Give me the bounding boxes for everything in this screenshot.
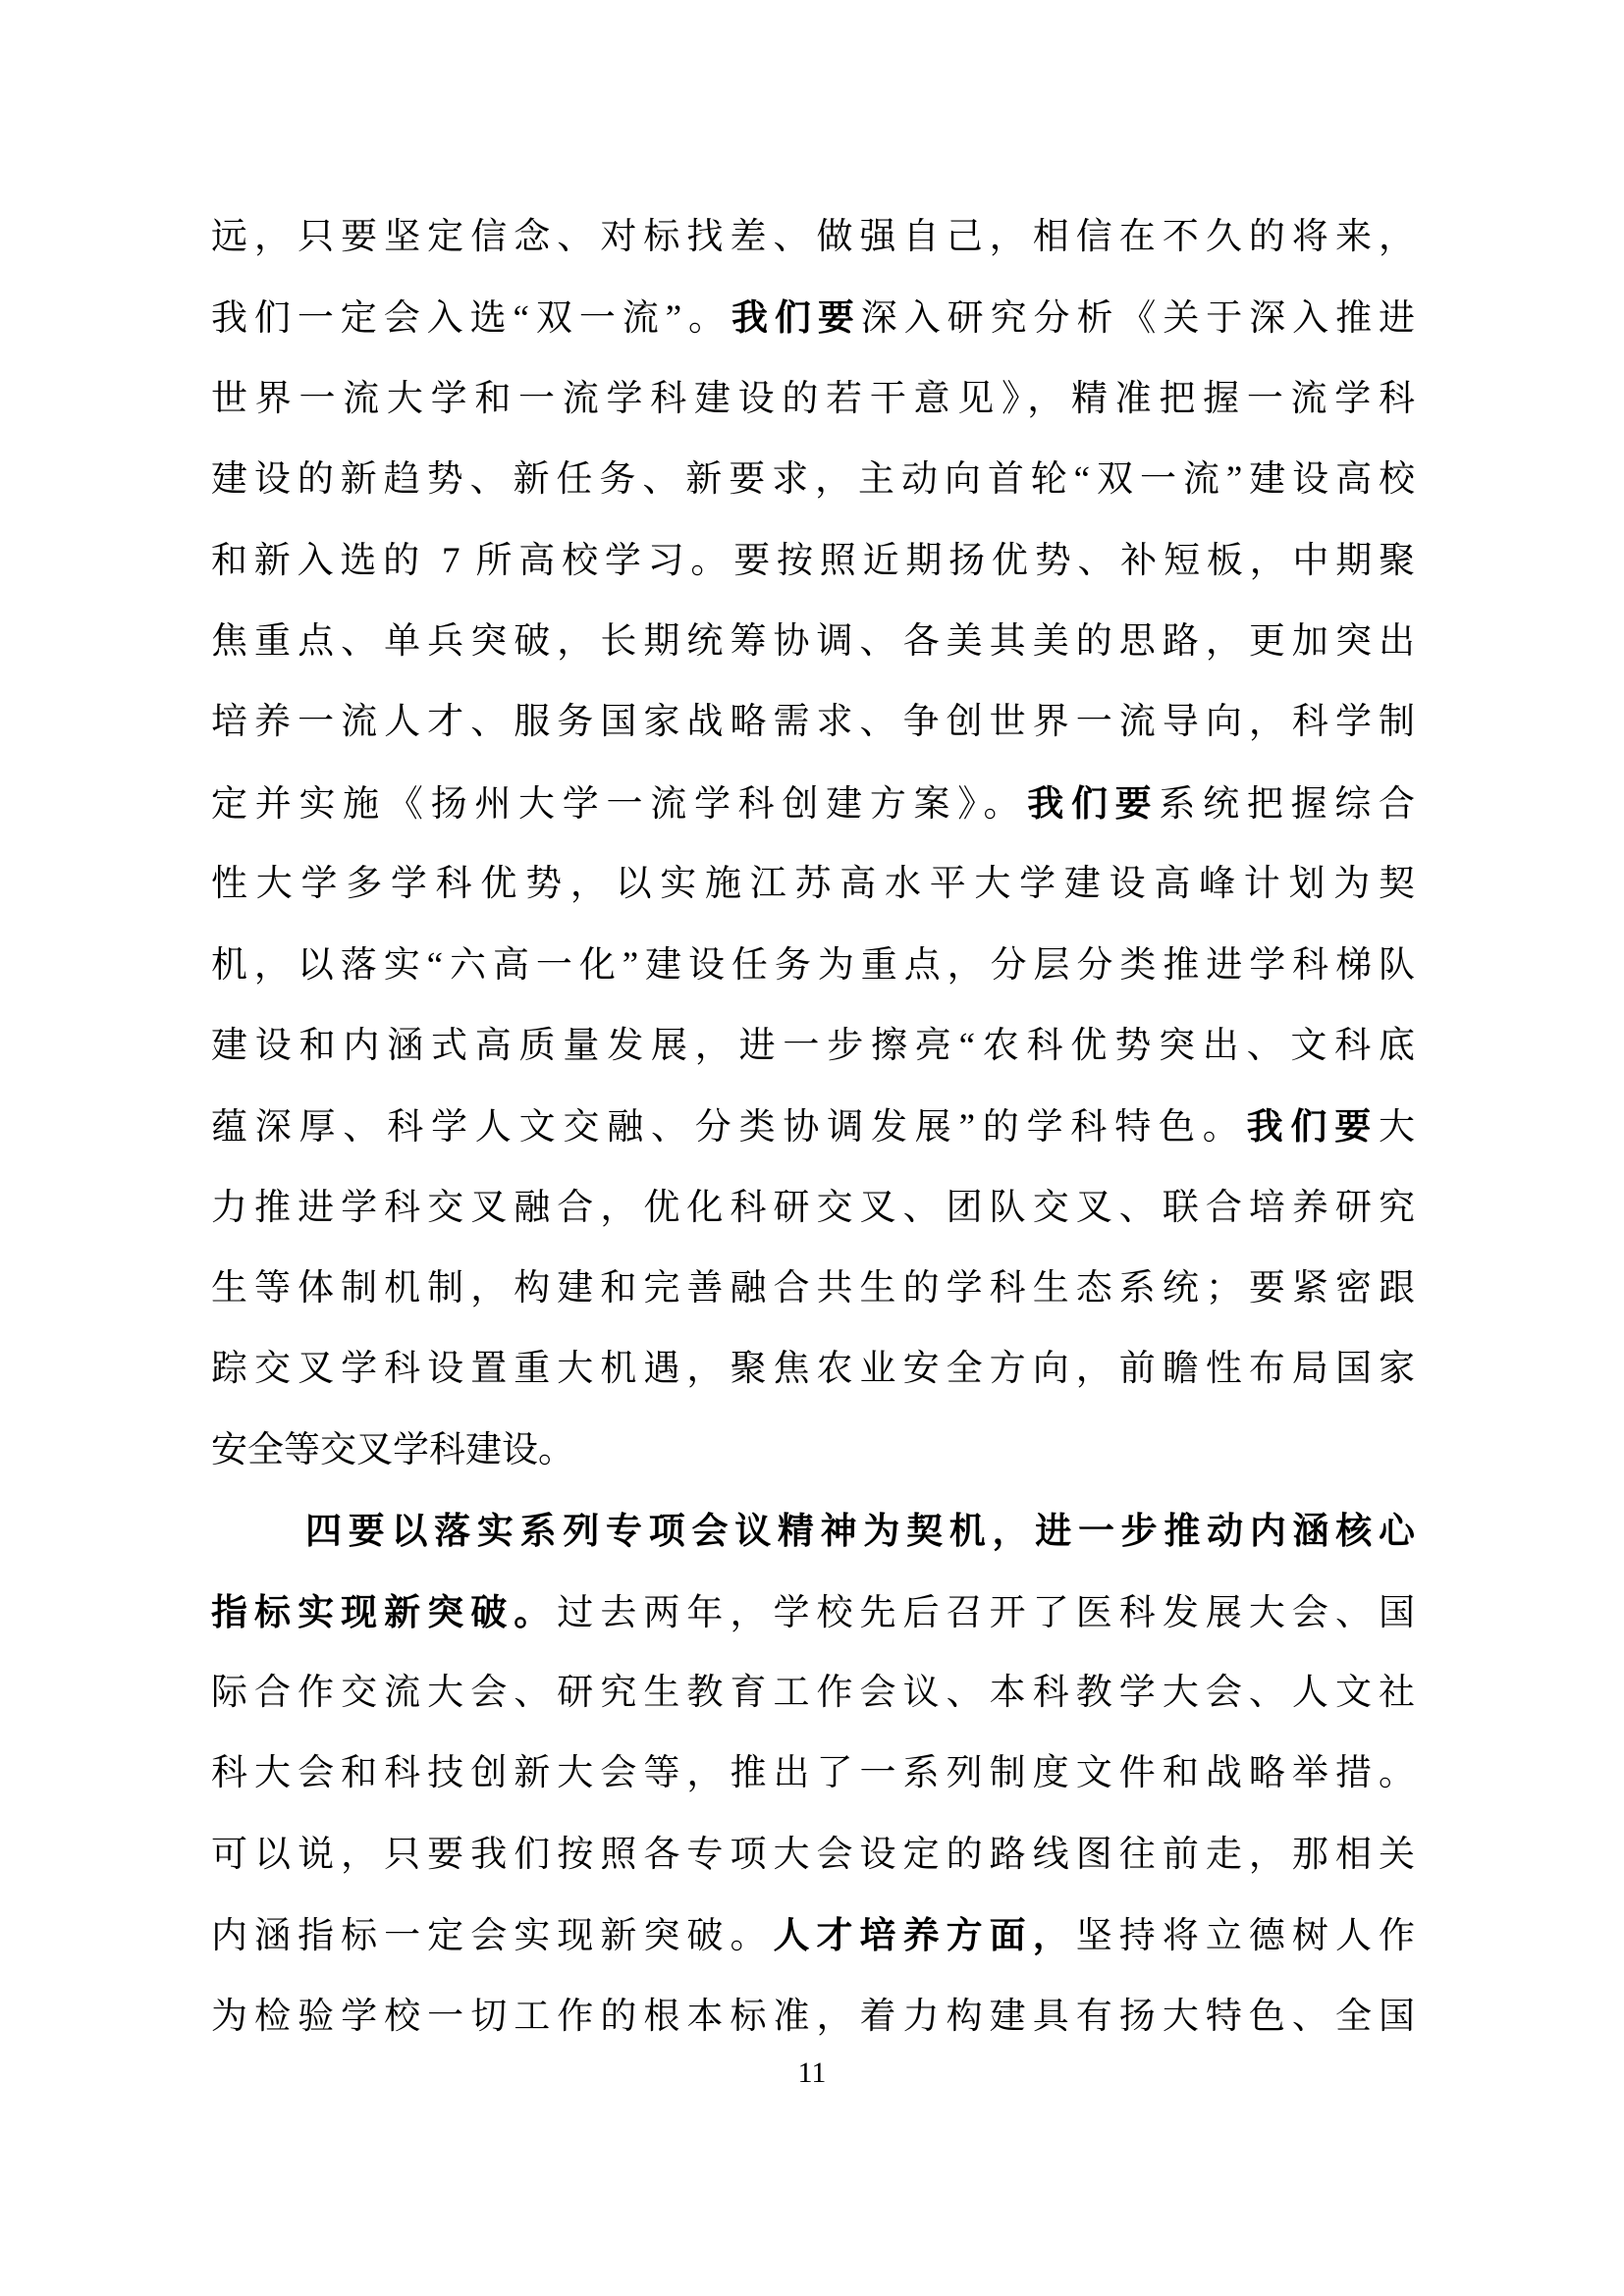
document-page: 远，只要坚定信念、对标找差、做强自己，相信在不久的将来， 我们一定会入选“双一流… [211,197,1415,2057]
text-line: 际合作交流大会、研究生教育工作会议、本科教学大会、人文社 [211,1653,1415,1734]
text-segment: 际合作交流大会、研究生教育工作会议、本科教学大会、人文社 [211,1673,1415,1713]
text-line: 建设的新趋势、新任务、新要求，主动向首轮“双一流”建设高校 [211,440,1415,520]
text-line: 世界一流大学和一流学科建设的若干意见》，精准把握一流学科 [211,359,1415,440]
text-segment: 定并实施《扬州大学一流学科创建方案》。 [211,784,1027,825]
text-segment: 过去两年，学校先后召开了医科发展大会、国 [557,1593,1415,1633]
page-number: 11 [0,2054,1624,2093]
text-segment: 内涵指标一定会实现新突破。 [211,1916,773,1956]
text-line: 焦重点、单兵突破，长期统筹协调、各美其美的思路，更加突出 [211,602,1415,682]
text-line: 安全等交叉学科建设。 [211,1411,1415,1491]
text-segment: 和新入选的 7 所高校学习。要按照近期扬优势、补短板，中期聚 [211,541,1415,581]
text-line: 远，只要坚定信念、对标找差、做强自己，相信在不久的将来， [211,197,1415,278]
text-line: 四要以落实系列专项会议精神为契机，进一步推动内涵核心 [211,1491,1415,1572]
text-segment-bold: 指标实现新突破。 [211,1592,557,1632]
text-segment: 生等体制机制，构建和完善融合共生的学科生态系统；要紧密跟 [211,1268,1415,1308]
text-line: 科大会和科技创新大会等，推出了一系列制度文件和战略举措。 [211,1734,1415,1814]
text-line: 生等体制机制，构建和完善融合共生的学科生态系统；要紧密跟 [211,1249,1415,1329]
text-segment: 性大学多学科优势，以实施江苏高水平大学建设高峰计划为契 [211,864,1415,904]
text-segment: 科大会和科技创新大会等，推出了一系列制度文件和战略举措。 [211,1753,1415,1793]
text-segment: 远，只要坚定信念、对标找差、做强自己，相信在不久的将来， [211,217,1415,257]
text-segment: 系统把握综合 [1159,784,1415,825]
text-segment-bold: 我们要 [731,297,861,338]
text-segment: 培养一流人才、服务国家战略需求、争创世界一流导向，科学制 [211,702,1415,742]
text-segment: 焦重点、单兵突破，长期统筹协调、各美其美的思路，更加突出 [211,621,1415,662]
text-line: 踪交叉学科设置重大机遇，聚焦农业安全方向，前瞻性布局国家 [211,1329,1415,1410]
text-line: 内涵指标一定会实现新突破。人才培养方面，坚持将立德树人作 [211,1896,1415,1976]
text-line: 可以说，只要我们按照各专项大会设定的路线图往前走，那相关 [211,1815,1415,1896]
text-segment: 可以说，只要我们按照各专项大会设定的路线图往前走，那相关 [211,1835,1415,1875]
text-line: 性大学多学科优势，以实施江苏高水平大学建设高峰计划为契 [211,844,1415,925]
text-segment: 为检验学校一切工作的根本标准，着力构建具有扬大特色、全国 [211,1997,1415,2037]
text-segment: 建设的新趋势、新任务、新要求，主动向首轮“双一流”建设高校 [211,459,1415,500]
text-line: 和新入选的 7 所高校学习。要按照近期扬优势、补短板，中期聚 [211,521,1415,602]
text-segment: 深入研究分析《关于深入推进 [861,298,1415,339]
text-segment-bold: 人才培养方面， [773,1915,1075,1955]
text-line: 我们一定会入选“双一流”。我们要深入研究分析《关于深入推进 [211,278,1415,358]
text-segment: 大 [1379,1107,1415,1148]
text-line: 力推进学科交叉融合，优化科研交叉、团队交叉、联合培养研究 [211,1168,1415,1249]
text-segment: 我们一定会入选“双一流”。 [211,298,731,339]
text-segment: 蕴深厚、科学人文交融、分类协调发展”的学科特色。 [211,1107,1247,1148]
text-segment: 建设和内涵式高质量发展，进一步擦亮“农科优势突出、文科底 [211,1026,1415,1066]
text-segment: 踪交叉学科设置重大机遇，聚焦农业安全方向，前瞻性布局国家 [211,1349,1415,1389]
text-line: 为检验学校一切工作的根本标准，着力构建具有扬大特色、全国 [211,1977,1415,2057]
text-segment: 力推进学科交叉融合，优化科研交叉、团队交叉、联合培养研究 [211,1188,1415,1228]
text-line: 指标实现新突破。过去两年，学校先后召开了医科发展大会、国 [211,1573,1415,1653]
text-segment-bold: 我们要 [1027,783,1159,824]
text-line: 建设和内涵式高质量发展，进一步擦亮“农科优势突出、文科底 [211,1006,1415,1087]
text-line: 定并实施《扬州大学一流学科创建方案》。我们要系统把握综合 [211,764,1415,844]
text-segment: 安全等交叉学科建设。 [211,1430,574,1470]
text-segment: 机，以落实“六高一化”建设任务为重点，分层分类推进学科梯队 [211,945,1415,986]
text-line: 培养一流人才、服务国家战略需求、争创世界一流导向，科学制 [211,682,1415,763]
text-line: 蕴深厚、科学人文交融、分类协调发展”的学科特色。我们要大 [211,1087,1415,1167]
text-line: 机，以落实“六高一化”建设任务为重点，分层分类推进学科梯队 [211,926,1415,1006]
text-segment-bold: 我们要 [1247,1106,1379,1147]
text-segment: 坚持将立德树人作 [1076,1916,1415,1956]
text-segment: 世界一流大学和一流学科建设的若干意见》，精准把握一流学科 [211,379,1415,419]
text-segment-bold: 四要以落实系列专项会议精神为契机，进一步推动内涵核心 [305,1511,1415,1551]
